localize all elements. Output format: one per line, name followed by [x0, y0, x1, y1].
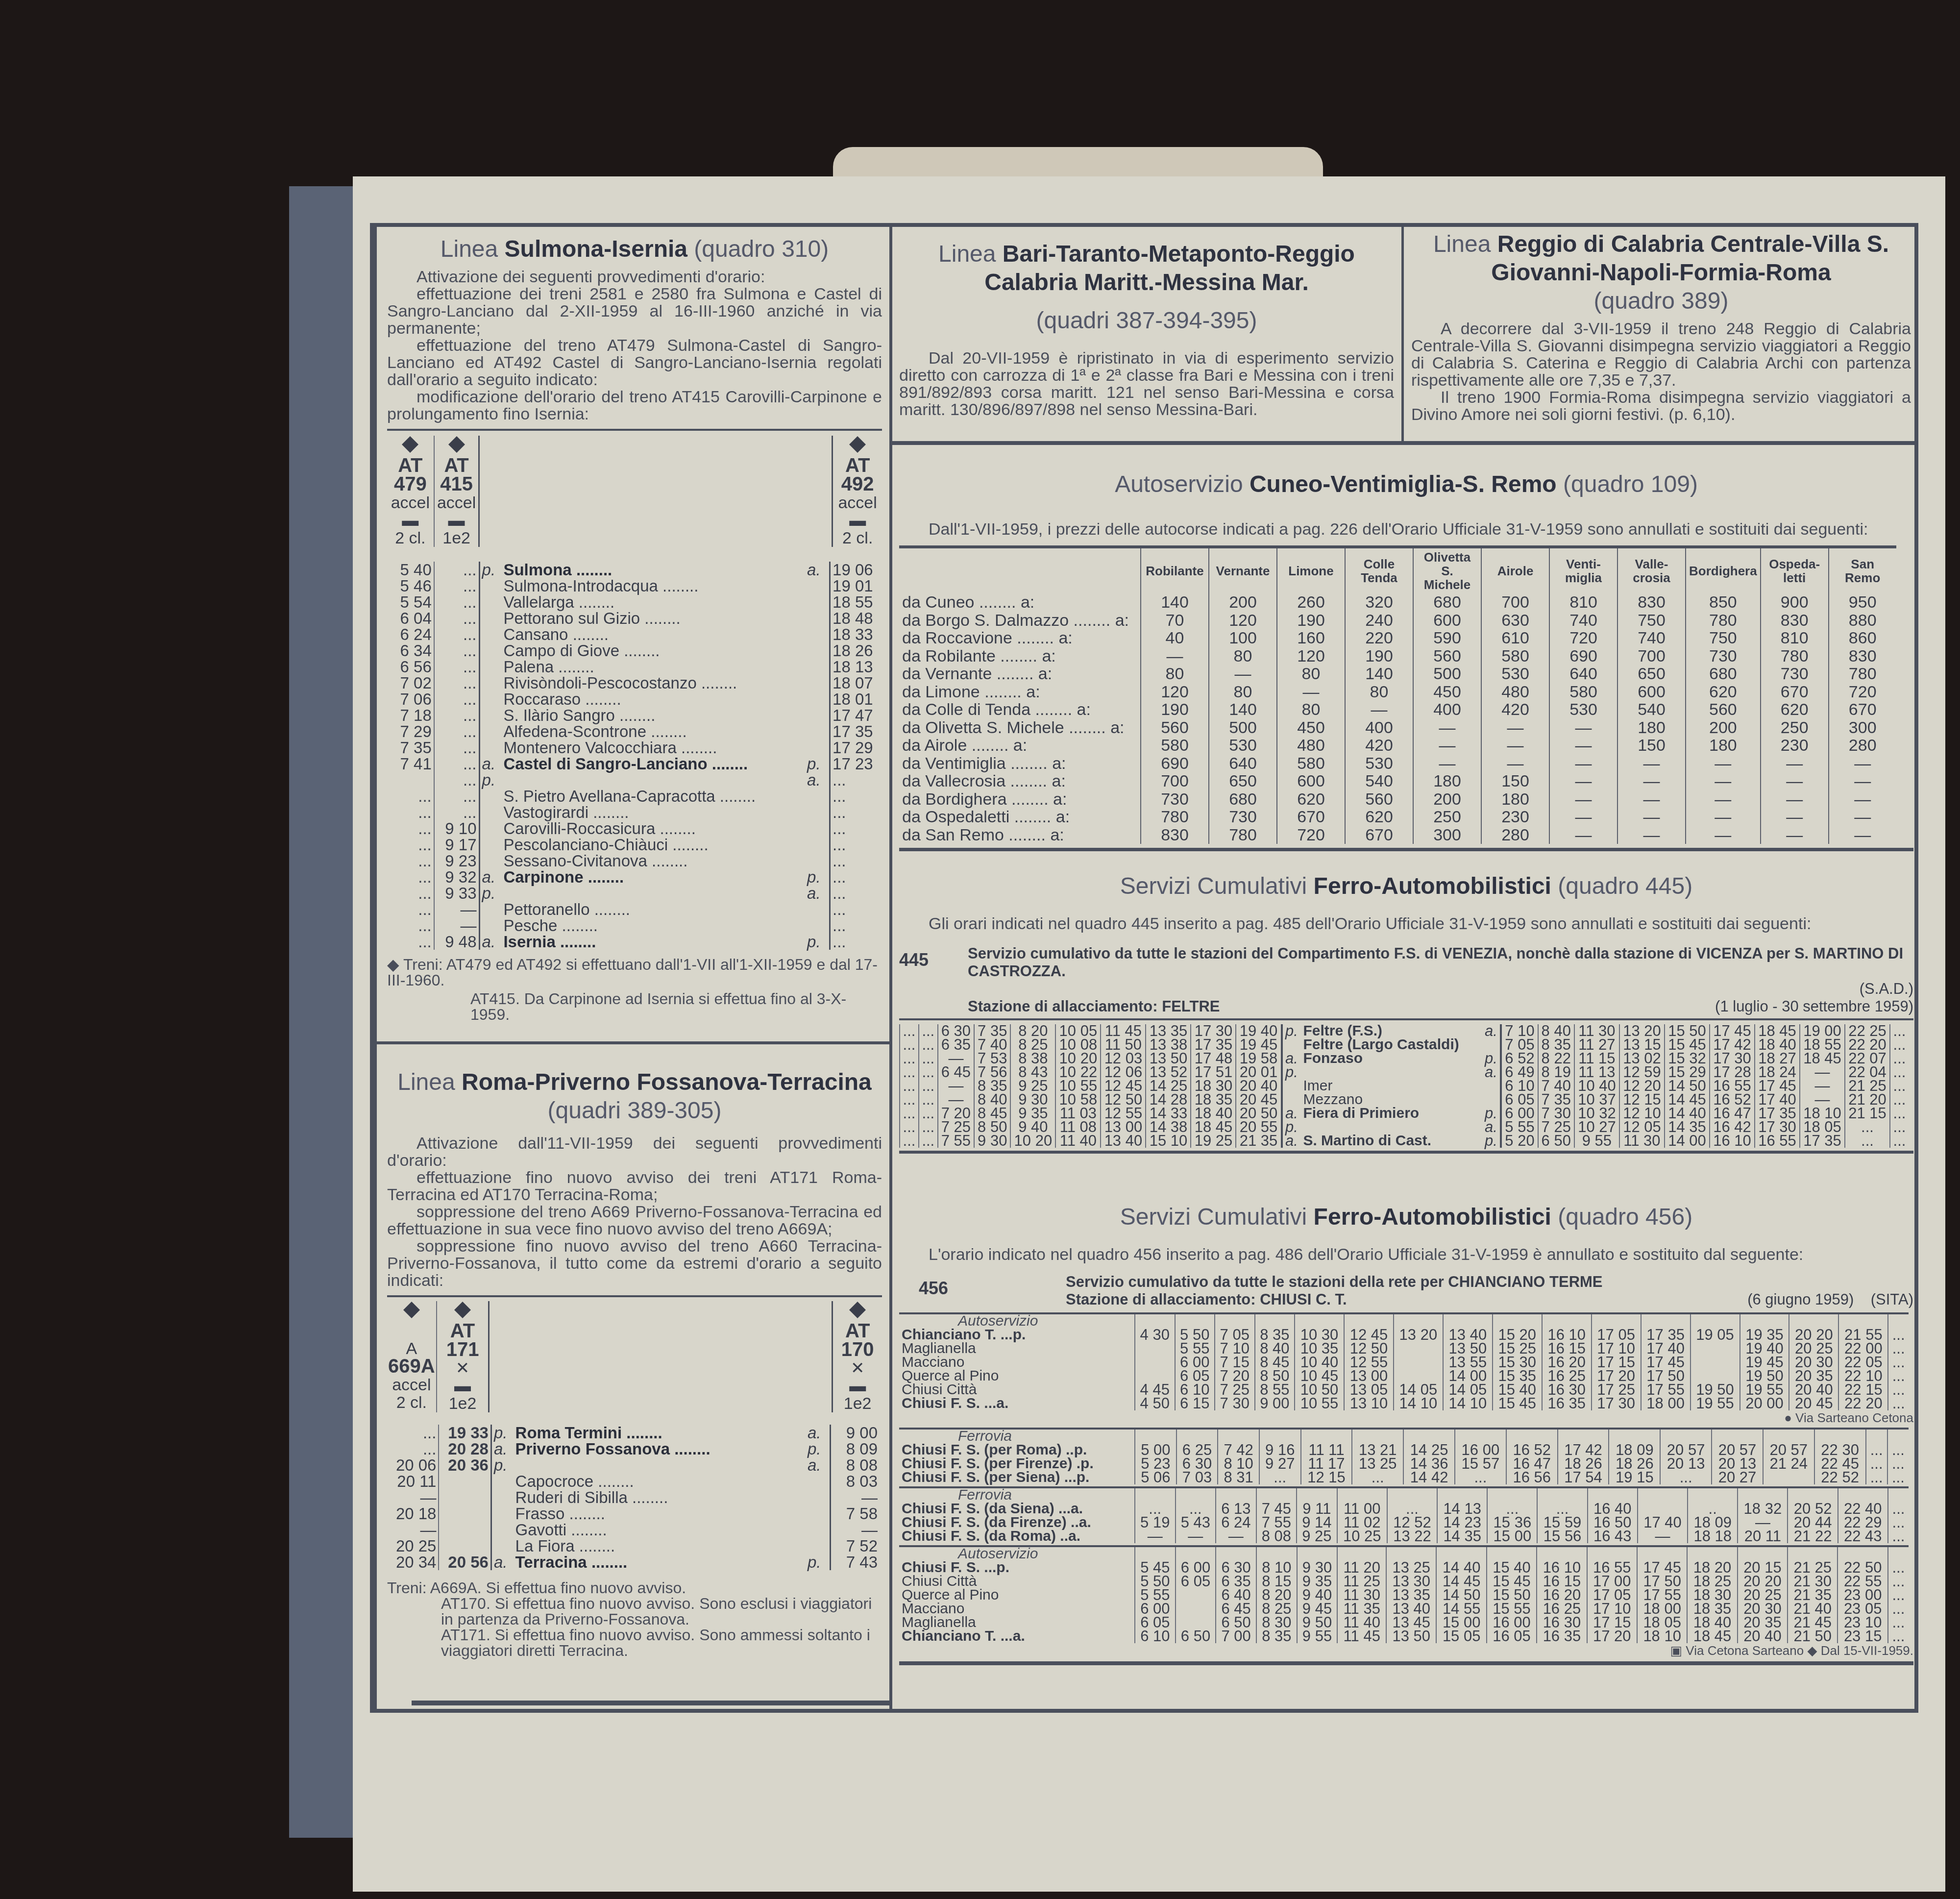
railcar-icon: ▬ [448, 511, 465, 530]
timetable-row: ... 9 48 a. Isernia ........ p. ... [387, 934, 880, 950]
roma-section: Linea Roma-Priverno Fossanova-Terracina … [387, 1068, 882, 1658]
fare-column-header: Olivetta S. Michele [1413, 547, 1481, 593]
timetable-row: ......—8 359 2510 5512 4514 2518 3020 40… [900, 1079, 1909, 1093]
reggio-title: Linea Reggio di Calabria Centrale-Villa … [1411, 230, 1911, 316]
train-header-170: AT170✕▬1e2 [833, 1301, 882, 1412]
q445-timetable: ......6 307 358 2010 0511 4513 3517 3019… [899, 1024, 1909, 1148]
timetable-row: Chiusi F. S. (da Roma) ..a.———8 089 2510… [899, 1529, 1909, 1543]
station-name: Pesche ........ [501, 917, 805, 934]
q445-title: Servizi Cumulativi Ferro-Automobilistici… [899, 872, 1913, 901]
station-name: Roma Termini ........ [514, 1425, 806, 1441]
railcar-icon: ▬ [454, 1377, 471, 1395]
station-name: Isernia ........ [501, 934, 805, 950]
timetable-row: 7 02 ... Rivisòndoli-Pescocostanzo .....… [387, 675, 880, 691]
timetable-row: ... p. a. ... [387, 772, 880, 788]
timetable-row: ... 9 32 a. Carpinone ........ p. ... [387, 869, 880, 885]
fare-row: da Bordighera ........ a:730680620560200… [899, 790, 1896, 809]
sulmona-timetable: 5 40 ... p. Sulmona ........ a. 19 065 4… [387, 562, 880, 950]
timetable-row: ......6 357 408 2510 0811 5013 3817 3519… [900, 1038, 1909, 1052]
fare-column-header: Ospeda-letti [1761, 547, 1829, 593]
station-name: Terracina ........ [514, 1554, 806, 1570]
timetable-row: 7 41 ... a. Castel di Sangro-Lanciano ..… [387, 756, 880, 772]
station-name: Sulmona ........ [501, 562, 805, 578]
timetable-row: Chianciano T. ...a.6 106 507 008 359 551… [899, 1629, 1909, 1643]
timetable-row: ... 20 28 a. Priverno Fossanova ........… [387, 1441, 880, 1457]
station-name: Castel di Sangro-Lanciano ........ [501, 756, 805, 772]
timetable-row: 6 04 ... Pettorano sul Gizio ........ 18… [387, 610, 880, 626]
timetable-row: 5 54 ... Vallelarga ........ 18 55 [387, 594, 880, 610]
section-rule [412, 1701, 889, 1705]
reggio-text: A decorrere dal 3-VII-1959 il treno 248 … [1411, 321, 1911, 423]
diamond-icon [448, 436, 465, 453]
timetable-row: 5 46 ... Sulmona-Introdacqua ........ 19… [387, 578, 880, 594]
timetable-row: 7 18 ... S. Ilàrio Sangro ........ 17 47 [387, 707, 880, 723]
roma-intro: Attivazione dall'11-VII-1959 dei seguent… [387, 1135, 882, 1289]
reggio-section: Linea Reggio di Calabria Centrale-Villa … [1411, 230, 1911, 423]
station-name: Sessano-Civitanova ........ [501, 853, 805, 869]
station-name: Pescolanciano-Chiàuci ........ [501, 837, 805, 853]
roma-timetable: ... 19 33 p. Roma Termini ........ a. 9 … [387, 1425, 880, 1570]
station-name [501, 885, 805, 901]
diamond-icon [849, 1302, 866, 1318]
timetable-block: AutoservizioChiusi F. S. ...p.5 456 006 … [899, 1545, 1909, 1643]
q445-section: Servizi Cumulativi Ferro-Automobilistici… [899, 872, 1913, 1154]
diamond-icon [403, 1302, 420, 1318]
station-name: S. Ilàrio Sangro ........ [501, 707, 805, 723]
fare-column-header: Vernante [1209, 547, 1277, 593]
station-name: Rivisòndoli-Pescocostanzo ........ [501, 675, 805, 691]
q456-timetable: AutoservizioChianciano T. ...p.4 305 507… [899, 1312, 1913, 1665]
timetable-row: ... ... S. Pietro Avellana-Capracotta ..… [387, 788, 880, 804]
timetable-row: Chiusi F. S. (per Firenze) .p.5 236 308 … [899, 1457, 1909, 1471]
train-header-415: AT415accel▬1e2 [434, 436, 479, 547]
fare-row: da Olivetta S. Michele ........ a:560500… [899, 719, 1896, 737]
station-name [514, 1457, 806, 1473]
train-header-669a: A669Aaccel2 cl. [387, 1301, 436, 1412]
column-divider [889, 223, 892, 1713]
fare-row: da Borgo S. Dalmazzo ........ a:70120190… [899, 612, 1896, 630]
column-divider [1401, 223, 1404, 444]
fare-column-header: Robilante [1141, 547, 1209, 593]
timetable-row: 7 06 ... Roccaraso ........ 18 01 [387, 691, 880, 707]
q456-section: Servizi Cumulativi Ferro-Automobilistici… [899, 1203, 1913, 1665]
timetable-row: 20 34 20 56 a. Terracina ........ p. 7 4… [387, 1554, 880, 1570]
timetable-row: Chiusi F. S. ...a.4 506 157 309 0010 551… [899, 1397, 1909, 1410]
station-name: Roccaraso ........ [501, 691, 805, 707]
sulmona-train-headers: AT479accel▬2 cl. AT415accel▬1e2 AT492acc… [387, 436, 882, 547]
fare-row: da Cuneo ........ a:14020026032068070081… [899, 593, 1896, 612]
fare-column-header: Colle Tenda [1345, 547, 1413, 593]
bari-section: Linea Bari-Taranto-Metaponto-Reggio Cala… [899, 240, 1394, 419]
timetable-row: ......—8 409 3010 5812 5014 2818 3520 45… [900, 1093, 1909, 1107]
q445-header: 445 Servizio cumulativo da tutte le staz… [899, 945, 1913, 1015]
station-name: Vastogirardi ........ [501, 804, 805, 820]
roma-train-headers: A669Aaccel2 cl. AT171✕▬1e2 AT170✕▬1e2 [387, 1301, 882, 1412]
timetable-row: ......7 208 459 3511 0312 5514 3318 4020… [900, 1107, 1909, 1120]
station-name: Alfedena-Scontrone ........ [501, 723, 805, 740]
sulmona-section: Linea Sulmona-Isernia (quadro 310) Attiv… [387, 235, 882, 1022]
station-name: Carovilli-Roccasicura ........ [501, 820, 805, 837]
station-name: Palena ........ [501, 659, 805, 675]
diamond-icon [849, 436, 866, 453]
timetable-row: 5 40 ... p. Sulmona ........ a. 19 06 [387, 562, 880, 578]
cuneo-fare-table: RobilanteVernanteLimoneColle TendaOlivet… [899, 545, 1896, 844]
timetable-row: ......6 307 358 2010 0511 4513 3517 3019… [900, 1024, 1909, 1038]
sulmona-intro: Attivazione dei seguenti provvedimenti d… [387, 269, 882, 423]
station-name: Cansano ........ [501, 626, 805, 642]
timetable-row: ......—7 538 3810 2012 0313 5017 4819 58… [900, 1052, 1909, 1065]
fare-row: da Airole ........ a:580530480420———1501… [899, 737, 1896, 755]
timetable-block: FerroviaChiusi F. S. (per Roma) ..p.5 00… [899, 1428, 1909, 1484]
station-name: Campo di Giove ........ [501, 642, 805, 659]
bari-text: Dal 20-VII-1959 è ripristinato in via di… [899, 350, 1394, 419]
crossed-arrows-icon: ✕ [851, 1359, 865, 1378]
timetable-row: 7 29 ... Alfedena-Scontrone ........ 17 … [387, 723, 880, 740]
timetable-row: 20 11 Capocroce ........ 8 03 [387, 1473, 880, 1489]
diamond-icon [454, 1302, 471, 1318]
timetable-row: ... — Pesche ........ ... [387, 917, 880, 934]
timetable-row: ......6 457 568 4310 2212 0613 5217 5120… [900, 1065, 1909, 1079]
side-note: ▣ Via Cetona Sarteano ◆ Dal 15-VII-1959. [899, 1643, 1913, 1658]
sulmona-notes: ◆ Treni: AT479 ed AT492 si effettuano da… [387, 957, 882, 1022]
timetable-row: ... 19 33 p. Roma Termini ........ a. 9 … [387, 1425, 880, 1441]
fare-row: da Colle di Tenda ........ a:19014080—40… [899, 701, 1896, 719]
timetable-row: Chiusi F. S. (per Siena) ...p.5 067 038 … [899, 1471, 1909, 1484]
station-name: Montenero Valcocchiara ........ [501, 740, 805, 756]
section-rule [372, 1041, 889, 1044]
timetable-row: 7 35 ... Montenero Valcocchiara ........… [387, 740, 880, 756]
station-name: Vallelarga ........ [501, 594, 805, 610]
timetable-row: ... 9 23 Sessano-Civitanova ........ ... [387, 853, 880, 869]
fare-column-header: Valle-crosia [1617, 547, 1686, 593]
timetable-row: ... 9 33 p. a. ... [387, 885, 880, 901]
cuneo-text: Dall'1-VII-1959, i prezzi delle autocors… [899, 521, 1913, 538]
timetable-row: — Gavotti ........ — [387, 1522, 880, 1538]
fare-column-header: Airole [1481, 547, 1549, 593]
timetable-row: ... — Pettoranello ........ ... [387, 901, 880, 917]
fare-row: da San Remo ........ a:83078072067030028… [899, 826, 1896, 844]
timetable-block: FerroviaChiusi F. S. (da Siena) ...a....… [899, 1486, 1909, 1543]
fare-row: da Ospedaletti ........ a:78073067062025… [899, 808, 1896, 826]
fare-column-header: San Remo [1829, 547, 1896, 593]
fare-row: da Vallecrosia ........ a:70065060054018… [899, 772, 1896, 790]
fare-column-header: Bordighera [1686, 547, 1761, 593]
sulmona-title: Linea Sulmona-Isernia (quadro 310) [387, 235, 882, 264]
blue-tape-strip [289, 186, 363, 1838]
timetable-row: 6 56 ... Palena ........ 18 13 [387, 659, 880, 675]
station-name: Capocroce ........ [514, 1473, 806, 1489]
timetable-block: AutoservizioChianciano T. ...p.4 305 507… [899, 1312, 1909, 1410]
timetable-row: 6 34 ... Campo di Giove ........ 18 26 [387, 642, 880, 659]
q456-text: L'orario indicato nel quadro 456 inserit… [899, 1246, 1913, 1263]
roma-title: Linea Roma-Priverno Fossanova-Terracina … [387, 1068, 882, 1125]
timetable-row: ... ... Vastogirardi ........ ... [387, 804, 880, 820]
station-name: Frasso ........ [514, 1505, 806, 1522]
fare-row: da Ventimiglia ........ a:690640580530——… [899, 755, 1896, 773]
timetable-row: 20 25 La Fiora ........ 7 52 [387, 1538, 880, 1554]
timetable-row: 20 18 Frasso ........ 7 58 [387, 1505, 880, 1522]
station-name: La Fiora ........ [514, 1538, 806, 1554]
station-name: Ruderi di Sibilla ........ [514, 1489, 806, 1505]
fare-row: da Roccavione ........ a:401001602205906… [899, 629, 1896, 647]
timetable-row: 6 24 ... Cansano ........ 18 33 [387, 626, 880, 642]
crossed-arrows-icon: ✕ [456, 1359, 470, 1378]
train-header-479: AT479accel▬2 cl. [387, 436, 434, 547]
timetable-row: ......7 559 3010 2011 4013 4015 1019 252… [900, 1134, 1909, 1148]
fare-row: da Limone ........ a:12080—8045048058060… [899, 683, 1896, 701]
train-header-171: AT171✕▬1e2 [436, 1301, 489, 1412]
q445-text: Gli orari indicati nel quadro 445 inseri… [899, 915, 1913, 933]
station-name: Carpinone ........ [501, 869, 805, 885]
railcar-icon: ▬ [849, 1377, 866, 1395]
timetable-row: ... 9 17 Pescolanciano-Chiàuci ........ … [387, 837, 880, 853]
fare-row: da Robilante ........ a:—801201905605806… [899, 647, 1896, 666]
q456-title: Servizi Cumulativi Ferro-Automobilistici… [899, 1203, 1913, 1232]
bari-title: Linea Bari-Taranto-Metaponto-Reggio Cala… [899, 240, 1394, 335]
cuneo-title: Autoservizio Cuneo-Ventimiglia-S. Remo (… [899, 470, 1913, 499]
fare-row: da Vernante ........ a:80—80140500530640… [899, 665, 1896, 683]
train-header-492: AT492accel▬2 cl. [833, 436, 882, 547]
station-name: Pettoranello ........ [501, 901, 805, 917]
railcar-icon: ▬ [402, 511, 418, 530]
section-rule [892, 441, 1918, 445]
cuneo-section: Autoservizio Cuneo-Ventimiglia-S. Remo (… [899, 470, 1913, 851]
station-name: S. Pietro Avellana-Capracotta ........ [501, 788, 805, 804]
timetable-row: 20 06 20 36 p. a. 8 08 [387, 1457, 880, 1473]
timetable-row: — Ruderi di Sibilla ........ — [387, 1489, 880, 1505]
fare-column-header: Limone [1277, 547, 1345, 593]
q456-header: 456 Servizio cumulativo da tutte le staz… [899, 1273, 1913, 1308]
diamond-icon [402, 436, 418, 453]
station-name: Gavotti ........ [514, 1522, 806, 1538]
roma-notes: Treni: A669A. Si effettua fino nuovo avv… [387, 1580, 882, 1658]
railcar-icon: ▬ [849, 511, 866, 530]
timetable-row: Chiusi F. S. (per Roma) ..p.5 006 257 42… [899, 1443, 1909, 1457]
station-name: Pettorano sul Gizio ........ [501, 610, 805, 626]
station-name [501, 772, 805, 788]
station-name: Sulmona-Introdacqua ........ [501, 578, 805, 594]
timetable-row: ... 9 10 Carovilli-Roccasicura ........ … [387, 820, 880, 837]
station-name: Priverno Fossanova ........ [514, 1441, 806, 1457]
side-note: ● Via Sarteano Cetona [899, 1410, 1913, 1426]
fare-column-header: Venti-miglia [1549, 547, 1617, 593]
